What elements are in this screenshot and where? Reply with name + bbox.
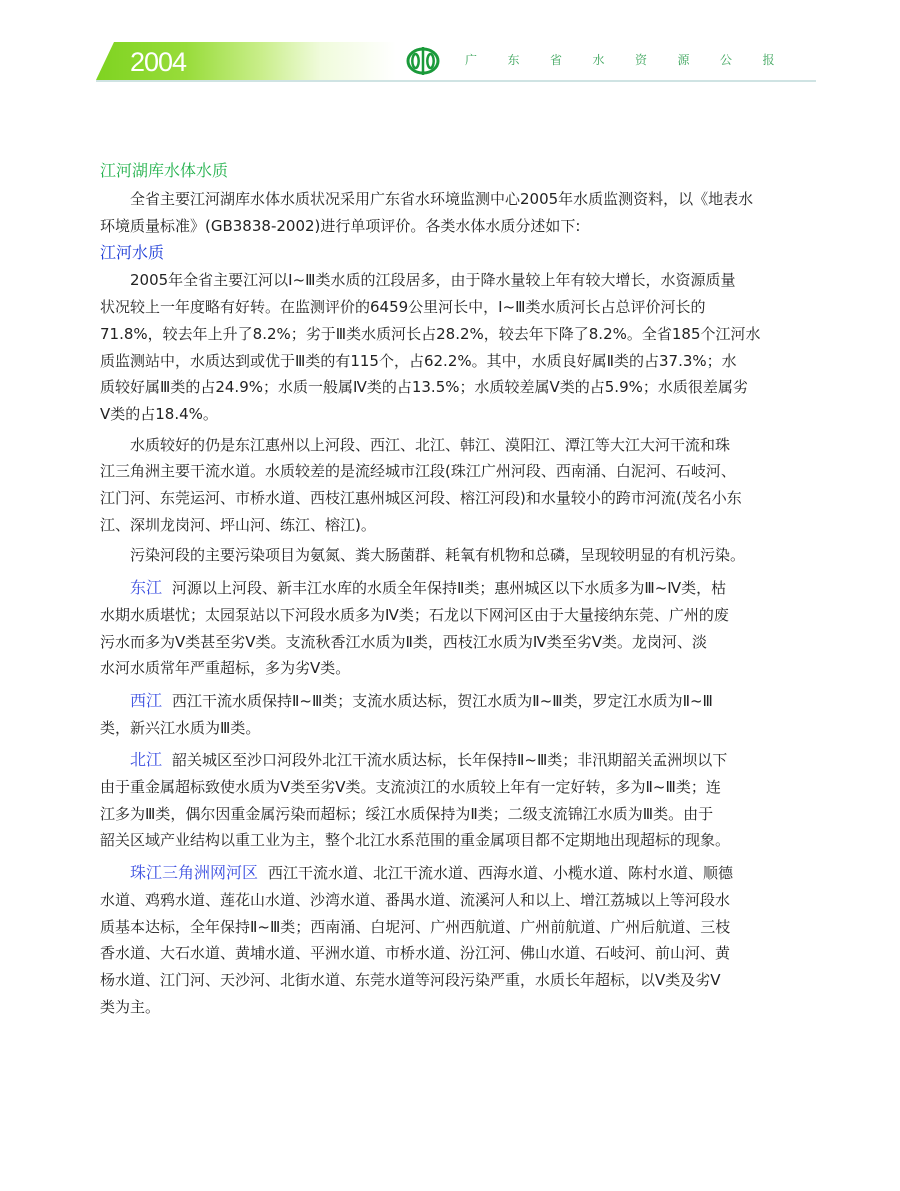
subsection-title: 江河水质 [100,239,820,267]
text-line: 江、深圳龙岗河、坪山河、练江、榕江)。 [100,512,820,539]
text-line: 质基本达标，全年保持Ⅱ~Ⅲ类；西南涌、白坭河、广州西航道、广州前航道、广州后航道… [100,914,820,941]
text-line: 由于重金属超标致使水质为Ⅴ类至劣Ⅴ类。支流浈江的水质较上年有一定好转，多为Ⅱ~Ⅲ… [100,774,820,801]
paragraph-pearl-river-delta: 珠江三角洲网河区西江干流水道、北江干流水道、西海水道、小榄水道、陈村水道、顺德 … [100,860,820,1020]
text-line: 类，新兴江水质为Ⅲ类。 [100,715,820,742]
river-label-beijiang: 北江 [130,750,162,769]
text-line: 珠江三角洲网河区西江干流水道、北江干流水道、西海水道、小榄水道、陈村水道、顺德 [100,860,820,887]
text-line: 水质较好的仍是东江惠州以上河段、西江、北江、韩江、漠阳江、潭江等大江大河干流和珠 [100,432,820,459]
title-char: 公 [720,52,763,68]
intro-paragraph: 全省主要江河湖库水体水质状况采用广东省水环境监测中心2005年水质监测资料，以《… [100,186,820,239]
publication-title: 广 东 省 水 资 源 公 报 [465,52,805,68]
text-line: 全省主要江河湖库水体水质状况采用广东省水环境监测中心2005年水质监测资料，以《… [100,186,820,213]
text-line: 水道、鸡鸦水道、莲花山水道、沙湾水道、番禺水道、流溪河人和以上、增江荔城以上等河… [100,887,820,914]
paragraph-overview: 2005年全省主要江河以Ⅰ~Ⅲ类水质的江段居多，由于降水量较上年有较大增长，水资… [100,267,820,427]
title-char: 水 [593,52,636,68]
title-char: 广 [465,52,508,68]
text-line: 江门河、东莞运河、市桥水道、西枝江惠州城区河段、榕江河段)和水量较小的跨市河流(… [100,485,820,512]
text-line: 质较好属Ⅲ类的占24.9%；水质一般属Ⅳ类的占13.5%；水质较差属Ⅴ类的占5.… [100,374,820,401]
text-line: 71.8%，较去年上升了8.2%；劣于Ⅲ类水质河长占28.2%，较去年下降了8.… [100,321,820,348]
text-line: 北江韶关城区至沙口河段外北江干流水质达标，长年保持Ⅱ~Ⅲ类；非汛期韶关孟洲坝以下 [100,747,820,774]
page-header: 2004 广 东 省 水 资 源 公 报 [0,0,900,90]
water-resources-emblem-icon [406,46,440,76]
text-line: 东江河源以上河段、新丰江水库的水质全年保持Ⅱ类；惠州城区以下水质多为Ⅲ~Ⅳ类，枯 [100,575,820,602]
title-char: 报 [763,52,806,68]
text-line: 水河水质常年严重超标，多为劣Ⅴ类。 [100,655,820,682]
river-label-dongjiang: 东江 [130,578,162,597]
text-line: 类为主。 [100,994,820,1021]
section-title: 江河湖库水体水质 [100,156,820,186]
paragraph-xijiang: 西江西江干流水质保持Ⅱ~Ⅲ类；支流水质达标，贺江水质为Ⅱ~Ⅲ类，罗定江水质为Ⅱ~… [100,688,820,741]
river-label-pearl-river-delta: 珠江三角洲网河区 [130,863,258,882]
text-line: 污染河段的主要污染项目为氨氮、粪大肠菌群、耗氧有机物和总磷，呈现较明显的有机污染… [100,542,820,569]
paragraph-pollutants: 污染河段的主要污染项目为氨氮、粪大肠菌群、耗氧有机物和总磷，呈现较明显的有机污染… [100,542,820,569]
text-line: 江三角洲主要干流水道。水质较差的是流经城市江段(珠江广州河段、西南涌、白泥河、石… [100,458,820,485]
title-char: 资 [635,52,678,68]
text-line: 江多为Ⅲ类，偶尔因重金属污染而超标；绥江水质保持为Ⅱ类；二级支流锦江水质为Ⅲ类。… [100,801,820,828]
text-line: 水期水质堪忧；太园泵站以下河段水质多为Ⅳ类；石龙以下网河区由于大量接纳东莞、广州… [100,602,820,629]
header-divider [96,80,816,82]
text-line: 环境质量标准》(GB3838-2002)进行单项评价。各类水体水质分述如下: [100,213,820,240]
paragraph-dongjiang: 东江河源以上河段、新丰江水库的水质全年保持Ⅱ类；惠州城区以下水质多为Ⅲ~Ⅳ类，枯… [100,575,820,682]
text-line: Ⅴ类的占18.4%。 [100,401,820,428]
text-line: 西江西江干流水质保持Ⅱ~Ⅲ类；支流水质达标，贺江水质为Ⅱ~Ⅲ类，罗定江水质为Ⅱ~… [100,688,820,715]
text-line: 杨水道、江门河、天沙河、北街水道、东莞水道等河段污染严重，水质长年超标，以Ⅴ类及… [100,967,820,994]
title-char: 东 [508,52,551,68]
river-label-xijiang: 西江 [130,691,162,710]
page-content: 江河湖库水体水质 全省主要江河湖库水体水质状况采用广东省水环境监测中心2005年… [100,156,820,1020]
title-char: 源 [678,52,721,68]
text-line: 质监测站中，水质达到或优于Ⅲ类的有115个，占62.2%。其中，水质良好属Ⅱ类的… [100,348,820,375]
text-line: 韶关区域产业结构以重工业为主，整个北江水系范围的重金属项目都不定期地出现超标的现… [100,827,820,854]
text-line: 香水道、大石水道、黄埔水道、平洲水道、市桥水道、汾江河、佛山水道、石岐河、前山河… [100,940,820,967]
year-label: 2004 [130,46,186,78]
paragraph-beijiang: 北江韶关城区至沙口河段外北江干流水质达标，长年保持Ⅱ~Ⅲ类；非汛期韶关孟洲坝以下… [100,747,820,854]
title-char: 省 [550,52,593,68]
text-line: 污水而多为Ⅴ类甚至劣Ⅴ类。支流秋香江水质为Ⅱ类，西枝江水质为Ⅳ类至劣Ⅴ类。龙岗河… [100,629,820,656]
text-line: 状况较上一年度略有好转。在监测评价的6459公里河长中，Ⅰ~Ⅲ类水质河长占总评价… [100,294,820,321]
paragraph-good-poor-rivers: 水质较好的仍是东江惠州以上河段、西江、北江、韩江、漠阳江、潭江等大江大河干流和珠… [100,432,820,539]
text-line: 2005年全省主要江河以Ⅰ~Ⅲ类水质的江段居多，由于降水量较上年有较大增长，水资… [100,267,820,294]
